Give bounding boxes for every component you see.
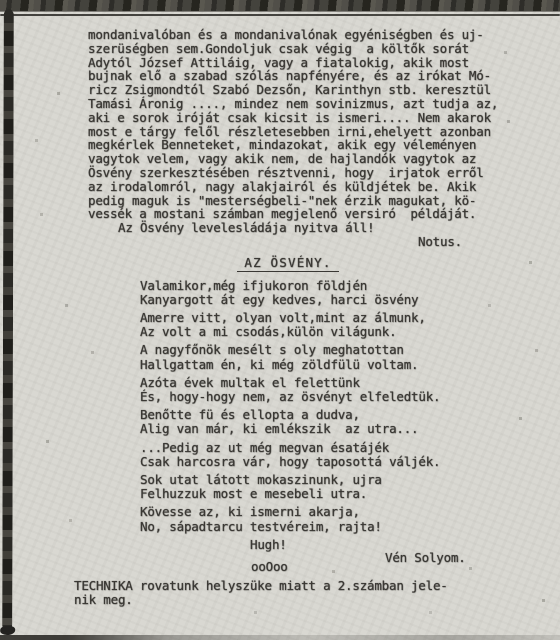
- scan-left-edge: [2, 9, 14, 631]
- poem-closing-row: ooOoo Vén Solyom.: [88, 551, 534, 577]
- paragraph-line: Ösvény szerkesztésében résztvenni, hogy …: [88, 166, 534, 180]
- paragraph-line: aki e sorok iróját csak kicsit is ismeri…: [88, 111, 534, 125]
- poem-line: Valamikor,még ifjukoron földjén: [140, 279, 534, 293]
- poem-body: Valamikor,még ifjukoron földjén Kanyargo…: [140, 279, 534, 534]
- technika-notice: TECHNIKA rovatunk helyszüke miatt a 2.sz…: [74, 579, 534, 607]
- scanned-document-page: mondanivalóban és a mondanivalónak egyén…: [0, 0, 560, 640]
- poem-line: És, hogy-hogy nem, az ösvényt elfeledtük…: [140, 390, 534, 404]
- letterbox-announcement: Az Ösvény levelesládája nyitva áll!: [118, 221, 534, 235]
- paragraph-line: ricz Zsigmondtól Szabó Dezsőn, Karinthyn…: [88, 83, 534, 97]
- poem-line: ...Pedig az ut még megvan ésatájék: [140, 441, 534, 455]
- section-divider: ooOoo: [251, 560, 288, 574]
- paragraph-line: megkérlek Benneteket, mindazokat, akik e…: [88, 138, 534, 152]
- scan-top-edge: [0, 0, 560, 11]
- paragraph-line: szerüségben sem.Gondoljuk csak végig a k…: [88, 42, 534, 56]
- poem-signature: Vén Solyom.: [385, 551, 466, 565]
- scan-noise-speckles: [0, 0, 1, 1]
- poem-line: Amerre vitt, olyan volt,mint az álmunk,: [140, 311, 534, 325]
- poem-stanza: Sok utat látott mokaszinunk, ujra Felhuz…: [140, 473, 534, 501]
- paragraph-line: az irodalomról, nagy alakjairól és küldj…: [88, 180, 534, 194]
- poem-line: Sok utat látott mokaszinunk, ujra: [140, 473, 534, 487]
- poem-line: Felhuzzuk most e mesebeli utra.: [140, 487, 534, 501]
- poem-line: Kanyargott át egy kedves, harci ösvény: [140, 293, 534, 307]
- document-content: mondanivalóban és a mondanivalónak egyén…: [88, 28, 534, 606]
- poem-line: A nagyfőnök mesélt s oly meghatottan: [140, 343, 534, 357]
- poem-line: Csak harcosra vár, hogy taposottá váljék…: [140, 455, 534, 469]
- scan-top-rule: [0, 14, 560, 16]
- poem-line: No, sápadtarcu testvéreim, rajta!: [140, 520, 534, 534]
- poem-stanza: Azóta évek multak el felettünk És, hogy-…: [140, 376, 534, 404]
- notice-line: TECHNIKA rovatunk helyszüke miatt a 2.sz…: [74, 579, 534, 593]
- poem-exclamation: Hugh!: [250, 538, 534, 551]
- poem-stanza: Valamikor,még ifjukoron földjén Kanyargo…: [140, 279, 534, 307]
- paragraph-line: most e tárgy felől részletesebben irni,e…: [88, 125, 534, 139]
- paragraph-line: Tamási Áronig ...., mindez nem sovinizmu…: [88, 97, 534, 111]
- scan-bottom-edge: [0, 635, 560, 640]
- poem-stanza: Kövesse az, ki ismerni akarja, No, sápad…: [140, 505, 534, 533]
- editorial-signature: Notus.: [88, 235, 534, 249]
- paragraph-line: vagytok velem, vagy akik nem, de hajland…: [88, 152, 534, 166]
- notice-line: nik meg.: [74, 593, 534, 607]
- poem-stanza: Amerre vitt, olyan volt,mint az álmunk, …: [140, 311, 534, 339]
- poem-line: Kövesse az, ki ismerni akarja,: [140, 505, 534, 519]
- poem-title: AZ ÖSVÉNY.: [237, 256, 338, 272]
- poem-title-row: AZ ÖSVÉNY.: [88, 256, 488, 272]
- poem-stanza: A nagyfőnök mesélt s oly meghatottan Hal…: [140, 343, 534, 371]
- poem-line: Benőtte fü és ellopta a dudva,: [140, 408, 534, 422]
- poem-line: Az volt a mi csodás,külön világunk.: [140, 325, 534, 339]
- poem-line: Hallgattam én, ki még zöldfülü voltam.: [140, 358, 534, 372]
- poem-stanza: ...Pedig az ut még megvan ésatájék Csak …: [140, 441, 534, 469]
- editorial-paragraph: mondanivalóban és a mondanivalónak egyén…: [88, 28, 534, 249]
- poem-line: Alig van már, ki emlékszik az utra...: [140, 422, 534, 436]
- poem-stanza: Benőtte fü és ellopta a dudva, Alig van …: [140, 408, 534, 436]
- poem-line: Azóta évek multak el felettünk: [140, 376, 534, 390]
- paragraph-line: mondanivalóban és a mondanivalónak egyén…: [88, 28, 534, 42]
